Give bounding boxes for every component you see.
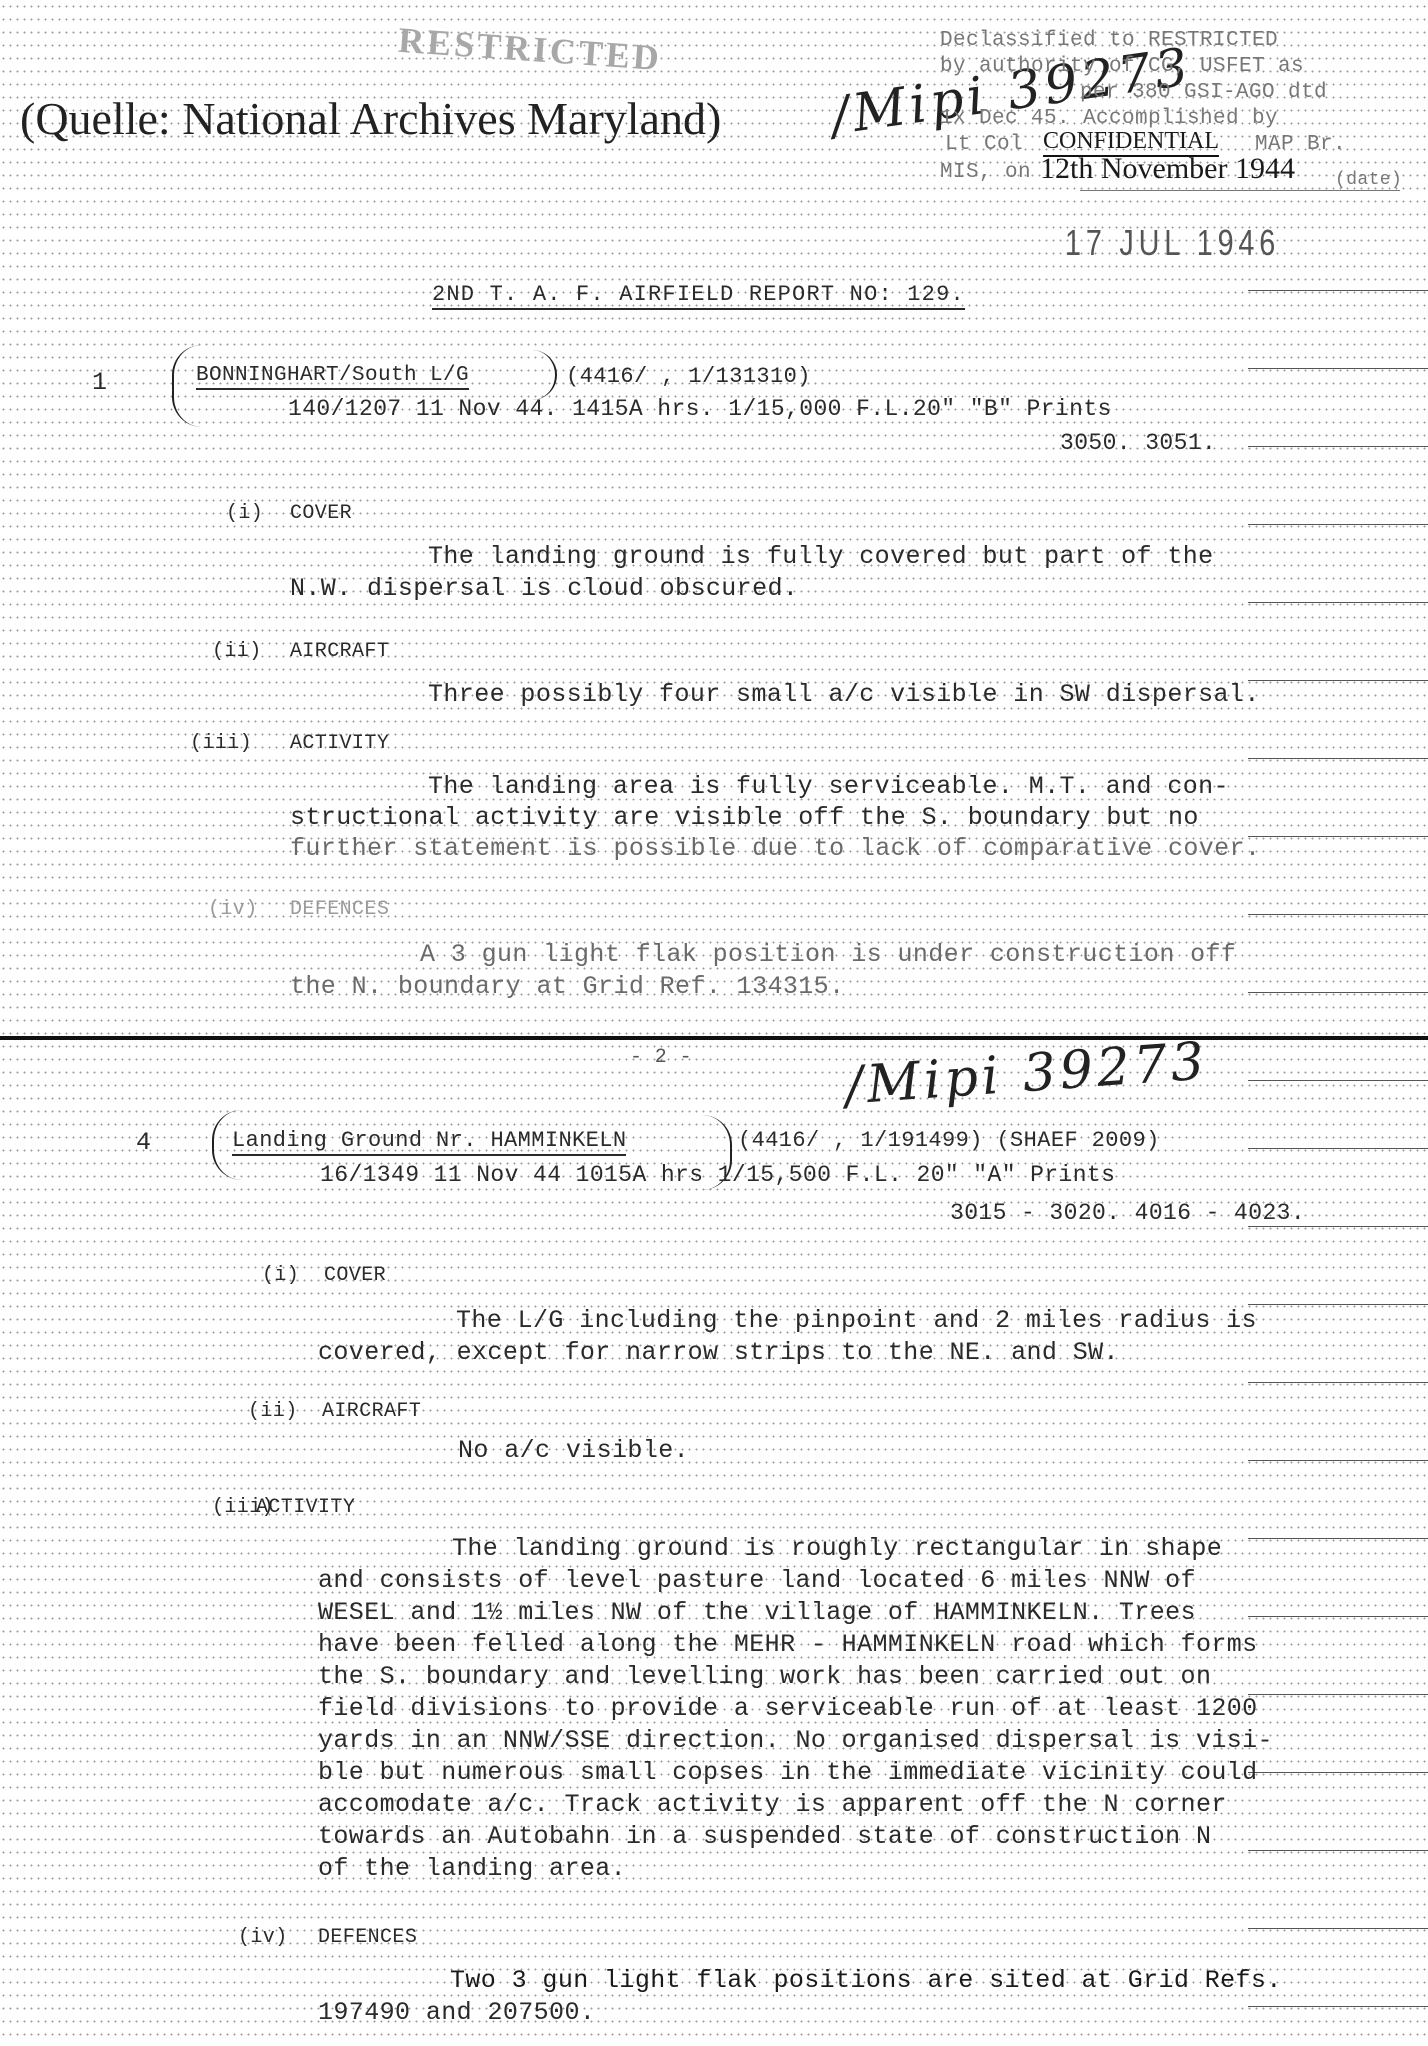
section-heading-cover: COVER bbox=[324, 1264, 386, 1287]
section-text: The landing ground is roughly rectangula… bbox=[452, 1534, 1222, 1563]
section-numeral: (iii) bbox=[190, 732, 252, 755]
section-heading-cover: COVER bbox=[290, 502, 352, 525]
declass-line: by authority of CG, USFET as bbox=[940, 54, 1304, 79]
section-text: have been felled along the MEHR - HAMMIN… bbox=[318, 1630, 1258, 1659]
section-text: Three possibly four small a/c visible in… bbox=[428, 680, 1260, 709]
section-text: yards in an NNW/SSE direction. No organi… bbox=[318, 1726, 1273, 1755]
entry-grid-ref: (4416/ , 1/131310) bbox=[566, 364, 811, 389]
section-numeral: (iv) bbox=[208, 898, 258, 921]
declass-line: Lt Col bbox=[945, 132, 1023, 157]
declass-line: Declassified to RESTRICTED bbox=[940, 28, 1278, 53]
section-text: The L/G including the pinpoint and 2 mil… bbox=[456, 1306, 1257, 1335]
entry-prints-line: 3015 - 3020. 4016 - 4023. bbox=[950, 1200, 1305, 1226]
section-text: covered, except for narrow strips to the… bbox=[318, 1338, 1119, 1367]
section-text: accomodate a/c. Track activity is appare… bbox=[318, 1790, 1227, 1819]
restricted-stamp: RESTRICTED bbox=[397, 19, 663, 79]
section-text: the N. boundary at Grid Ref. 134315. bbox=[290, 972, 845, 1001]
section-text: the S. boundary and levelling work has b… bbox=[318, 1662, 1211, 1691]
entry-prints-line: 3050. 3051. bbox=[1060, 430, 1216, 456]
section-text: of the landing area. bbox=[318, 1854, 626, 1883]
section-text: Two 3 gun light flak positions are sited… bbox=[450, 1966, 1282, 1995]
section-text: field divisions to provide a serviceable… bbox=[318, 1694, 1258, 1723]
section-numeral: (ii) bbox=[212, 640, 262, 663]
declass-line: per 380 GSI-AGO dtd bbox=[1080, 80, 1327, 105]
section-text: 197490 and 207500. bbox=[318, 1998, 595, 2027]
section-text: N.W. dispersal is cloud obscured. bbox=[290, 574, 798, 603]
section-numeral: (iv) bbox=[238, 1926, 288, 1949]
section-text: towards an Autobahn in a suspended state… bbox=[318, 1822, 1211, 1851]
section-heading-activity: ACTIVITY bbox=[256, 1496, 355, 1519]
entry-number: 4 bbox=[136, 1128, 151, 1157]
report-title: 2ND T. A. F. AIRFIELD REPORT NO: 129. bbox=[432, 282, 965, 310]
source-note: (Quelle: National Archives Maryland) bbox=[20, 92, 721, 145]
page-marker: - 2 - bbox=[630, 1046, 692, 1069]
section-text: No a/c visible. bbox=[458, 1436, 689, 1465]
section-heading-aircraft: AIRCRAFT bbox=[322, 1400, 421, 1423]
entry-location: Landing Ground Nr. HAMMINKELN bbox=[232, 1128, 626, 1156]
confidential-date: 12th November 1944 bbox=[1040, 152, 1295, 186]
section-heading-activity: ACTIVITY bbox=[290, 732, 389, 755]
section-text: further statement is possible due to lac… bbox=[290, 834, 1260, 863]
section-numeral: (i) bbox=[226, 502, 263, 525]
section-text: The landing ground is fully covered but … bbox=[428, 542, 1214, 571]
section-text: A 3 gun light flak position is under con… bbox=[420, 940, 1236, 969]
section-text: and consists of level pasture land locat… bbox=[318, 1566, 1196, 1595]
section-heading-defences: DEFENCES bbox=[318, 1926, 417, 1949]
section-text: structional activity are visible off the… bbox=[290, 803, 1199, 832]
handwritten-archive-ref: /Mipi 39273 bbox=[843, 1031, 1210, 1116]
section-heading-aircraft: AIRCRAFT bbox=[290, 640, 389, 663]
entry-grid-ref: (4416/ , 1/191499) (SHAEF 2009) bbox=[738, 1128, 1160, 1153]
section-text: ble but numerous small copses in the imm… bbox=[318, 1758, 1258, 1787]
entry-sortie-line: 140/1207 11 Nov 44. 1415A hrs. 1/15,000 … bbox=[288, 396, 1112, 422]
entry-sortie-line: 16/1349 11 Nov 44 1015A hrs 1/15,500 F.L… bbox=[320, 1162, 1115, 1188]
section-heading-defences: DEFENCES bbox=[290, 898, 389, 921]
entry-number: 1 bbox=[92, 368, 107, 397]
received-date-stamp: 17 JUL 1946 bbox=[1065, 222, 1280, 264]
page-divider bbox=[0, 1036, 1428, 1040]
bracket-right bbox=[525, 350, 557, 400]
section-numeral: (ii) bbox=[248, 1400, 298, 1423]
section-numeral: (i) bbox=[262, 1264, 299, 1287]
entry-location: BONNINGHART/South L/G bbox=[196, 364, 469, 390]
section-text: The landing area is fully serviceable. M… bbox=[428, 772, 1229, 801]
declass-line: MIS, on bbox=[940, 160, 1031, 185]
section-text: WESEL and 1½ miles NW of the village of … bbox=[318, 1598, 1196, 1627]
